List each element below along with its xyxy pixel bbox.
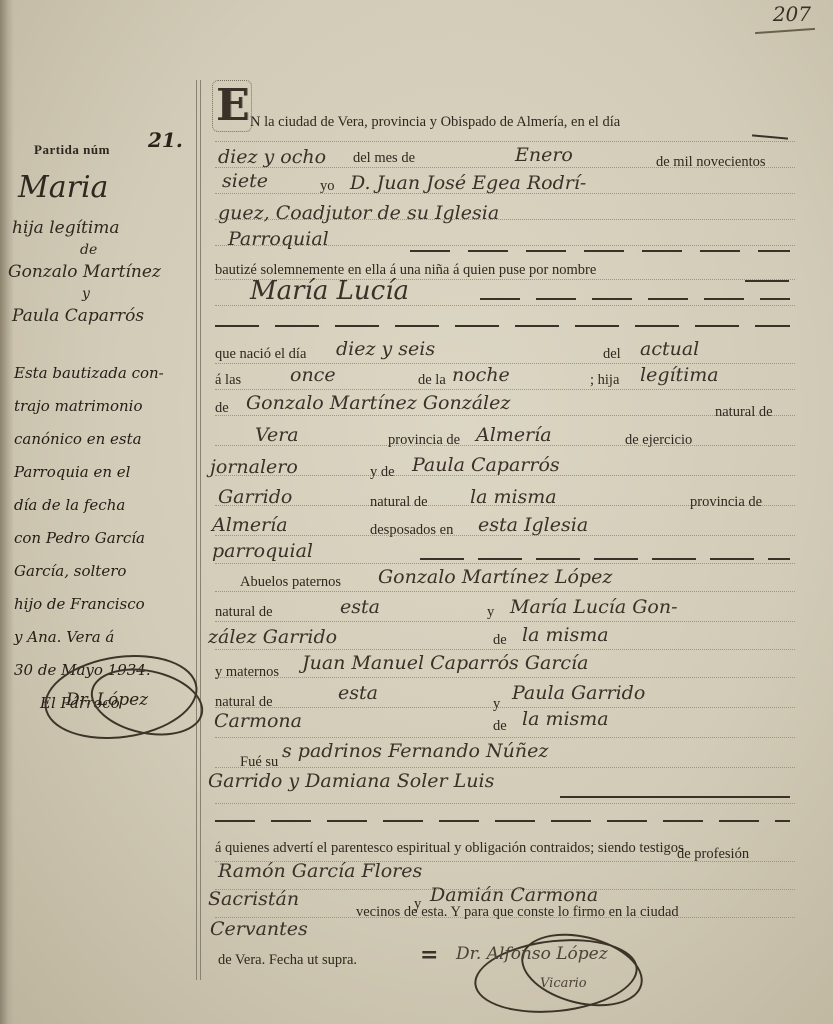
handwritten-maternal-grandfather: Juan Manuel Caparrós García bbox=[302, 652, 588, 674]
printed-text: de Vera. Fecha ut supra. bbox=[218, 952, 357, 969]
ruled-line bbox=[215, 676, 795, 678]
handwritten-day: diez y ocho bbox=[218, 146, 326, 168]
margin-line: de bbox=[80, 240, 97, 260]
printed-text: que nació el día bbox=[215, 346, 306, 363]
ruled-line bbox=[215, 766, 795, 768]
partida-number: 21. bbox=[148, 128, 183, 152]
filler-dash bbox=[410, 250, 790, 252]
printed-text: vecinos de esta. Y para que conste lo fi… bbox=[356, 904, 679, 921]
handwritten-time: noche bbox=[452, 364, 510, 386]
printed-text: de bbox=[215, 400, 229, 417]
partida-label: Partida núm bbox=[34, 142, 110, 158]
printed-text: á quienes advertí el parentesco espiritu… bbox=[215, 840, 684, 857]
margin-line: y bbox=[82, 284, 90, 304]
filler-dash bbox=[420, 558, 790, 560]
margin-line: hija legítima bbox=[12, 218, 120, 238]
handwritten-text: guez, Coadjutor de su Iglesia bbox=[218, 202, 499, 224]
ruled-line bbox=[215, 706, 795, 708]
handwritten-text: esta bbox=[340, 596, 380, 618]
ruled-line bbox=[215, 414, 795, 416]
margin-child-name: Maria bbox=[18, 170, 108, 205]
printed-text: y bbox=[493, 696, 500, 713]
handwritten-town: Vera bbox=[255, 424, 299, 446]
printed-text: Fué su bbox=[240, 754, 278, 771]
printed-text: natural de bbox=[715, 404, 773, 421]
marginal-signature: Dr. López bbox=[66, 690, 148, 710]
printed-text: desposados en bbox=[370, 522, 453, 539]
handwritten-witness-1: Ramón García Flores bbox=[218, 860, 422, 882]
handwritten-text: Carmona bbox=[214, 710, 302, 732]
printed-text: de ejercicio bbox=[625, 432, 692, 449]
handwritten-godparents-cont: Garrido y Damiana Soler Luis bbox=[208, 770, 494, 792]
handwritten-text: Almería bbox=[212, 514, 288, 536]
ruled-line bbox=[215, 620, 795, 622]
priest-signature: Dr. Alfonso López bbox=[456, 944, 608, 964]
printed-text: natural de bbox=[215, 604, 273, 621]
filler-dash bbox=[480, 298, 790, 300]
margin-line: Gonzalo Martínez bbox=[8, 262, 161, 282]
priest-signature-title: Vicario bbox=[540, 976, 587, 991]
printed-text: provincia de bbox=[690, 494, 762, 511]
printed-text: de la bbox=[418, 372, 446, 389]
printed-text: de bbox=[493, 632, 507, 649]
marginal-note-line: trajo matrimonio bbox=[14, 397, 143, 415]
ruled-line bbox=[215, 388, 795, 390]
marginal-note-line: y Ana. Vera á bbox=[14, 628, 114, 646]
printed-text: natural de bbox=[370, 494, 428, 511]
marginal-note-line: día de la fecha bbox=[14, 496, 125, 514]
handwritten-text: Garrido bbox=[218, 486, 292, 508]
filler-dash bbox=[560, 796, 790, 798]
handwritten-maternal-grandmother: Paula Garrido bbox=[512, 682, 645, 704]
handwritten-paternal-grandmother: María Lucía Gon- bbox=[510, 596, 678, 618]
printed-text: Abuelos paternos bbox=[240, 574, 341, 591]
handwritten-text: Cervantes bbox=[210, 918, 308, 940]
margin-line: Paula Caparrós bbox=[12, 306, 144, 326]
handwritten-text: parroquial bbox=[212, 540, 313, 562]
printed-text: y de bbox=[370, 464, 395, 481]
marginal-note-line: con Pedro García bbox=[14, 529, 145, 547]
handwritten-birth-day: diez y seis bbox=[336, 338, 435, 360]
printed-text: yo bbox=[320, 178, 335, 195]
marginal-note-line: García, soltero bbox=[14, 562, 126, 580]
handwritten-occupation: jornalero bbox=[210, 456, 298, 478]
margin-rule-inner bbox=[200, 80, 201, 980]
printed-text: de bbox=[493, 718, 507, 735]
closing-mark: = bbox=[420, 942, 438, 968]
handwritten-year: siete bbox=[222, 170, 268, 192]
printed-text: natural de bbox=[215, 694, 273, 711]
handwritten-text: la misma bbox=[470, 486, 557, 508]
handwritten-text: esta bbox=[338, 682, 378, 704]
margin-rule bbox=[196, 80, 197, 980]
printed-text: del bbox=[603, 346, 621, 363]
handwritten-priest: D. Juan José Egea Rodrí- bbox=[350, 172, 586, 194]
marginal-note-line: canónico en esta bbox=[14, 430, 142, 448]
handwritten-witness-2: Damián Carmona bbox=[430, 884, 598, 906]
handwritten-text: legítima bbox=[640, 364, 719, 386]
marginal-note-line: Esta bautizada con- bbox=[14, 364, 164, 382]
printed-text: N la ciudad de Vera, provincia y Obispad… bbox=[250, 114, 620, 131]
page-number: 207 bbox=[773, 2, 811, 26]
page-number-underline bbox=[755, 28, 815, 34]
handwritten-father: Gonzalo Martínez González bbox=[246, 392, 510, 414]
printed-text: del mes de bbox=[353, 150, 415, 167]
marginal-note-line: Parroquia en el bbox=[14, 463, 130, 481]
filler-dash bbox=[215, 820, 790, 822]
handwritten-text: esta Iglesia bbox=[478, 514, 588, 536]
register-page: 207 Partida núm 21. Maria hija legítima … bbox=[0, 0, 833, 1024]
ruled-line bbox=[215, 140, 795, 142]
printed-text: de profesión bbox=[677, 846, 749, 863]
handwritten-text: la misma bbox=[522, 624, 609, 646]
handwritten-child-name: María Lucía bbox=[250, 276, 409, 306]
ruled-line bbox=[215, 562, 795, 564]
handwritten-godparents: s padrinos Fernando Núñez bbox=[282, 740, 548, 762]
printed-text: de mil novecientos bbox=[656, 154, 766, 171]
handwritten-text: zález Garrido bbox=[208, 626, 337, 648]
filler-dash bbox=[215, 325, 790, 327]
handwritten-text: actual bbox=[640, 338, 699, 360]
filler-dash bbox=[752, 134, 788, 139]
printed-text: y maternos bbox=[215, 664, 279, 681]
printed-text: y bbox=[487, 604, 494, 621]
handwritten-mother: Paula Caparrós bbox=[412, 454, 560, 476]
handwritten-month: Enero bbox=[515, 144, 573, 166]
ornamental-initial: E bbox=[216, 84, 246, 128]
handwritten-paternal-grandfather: Gonzalo Martínez López bbox=[378, 566, 612, 588]
filler-dash bbox=[745, 280, 789, 282]
handwritten-text: la misma bbox=[522, 708, 609, 730]
marginal-note-line: hijo de Francisco bbox=[14, 595, 145, 613]
ruled-line bbox=[215, 736, 795, 738]
printed-text: ; hija bbox=[590, 372, 619, 389]
handwritten-hour: once bbox=[290, 364, 336, 386]
printed-text: provincia de bbox=[388, 432, 460, 449]
handwritten-province: Almería bbox=[476, 424, 552, 446]
handwritten-text: Parroquial bbox=[228, 228, 329, 250]
binding-edge bbox=[0, 0, 14, 1024]
ruled-line bbox=[215, 802, 795, 804]
printed-text: á las bbox=[215, 372, 241, 389]
handwritten-occupation: Sacristán bbox=[208, 888, 299, 910]
